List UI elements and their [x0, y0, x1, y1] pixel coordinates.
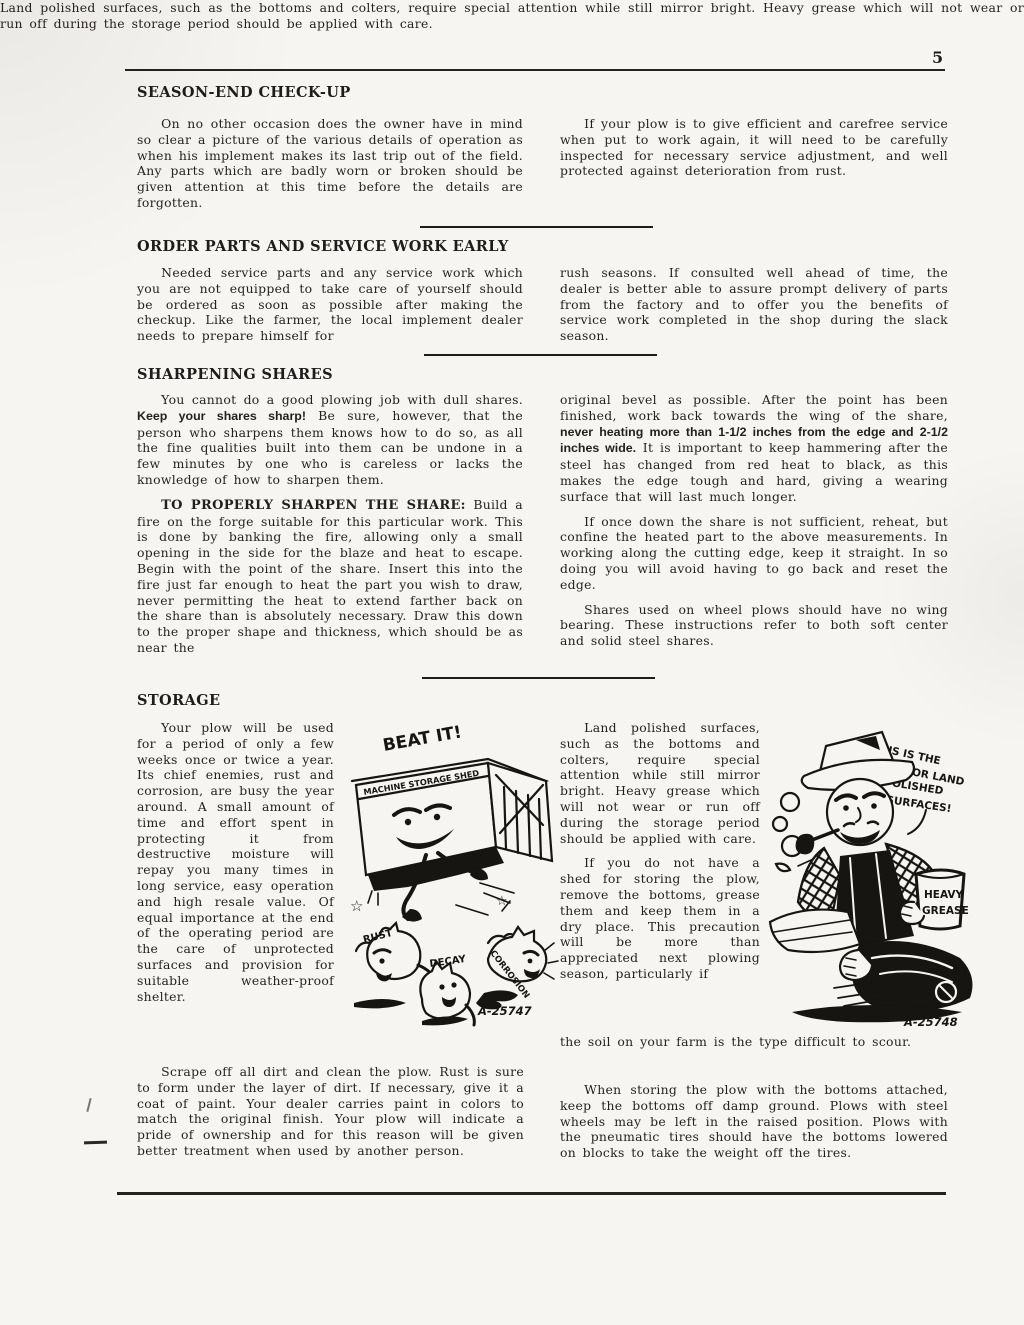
shout-text: BEAT IT!	[381, 722, 463, 756]
run-in-heading-to-properly-sharpen: TO PROPERLY SHARPEN THE SHARE:	[161, 498, 466, 513]
sharpening-left-paragraph-2: TO PROPERLY SHARPEN THE SHARE: Build a f…	[137, 497, 523, 656]
season-end-right-column: If your plow is to give efficient and ca…	[560, 116, 948, 179]
section-heading-sharpening: SHARPENING SHARES	[137, 366, 333, 383]
emphasis-keep-shares-sharp: Keep your shares sharp!	[137, 409, 306, 423]
section-divider	[424, 354, 657, 356]
footer-rule	[117, 1192, 946, 1195]
illustration-shed-kicking-pests: BEAT IT! MACHINE STORAGE SHED	[338, 715, 562, 1027]
manual-page: 5 SEASON-END CHECK-UP On no other occasi…	[0, 0, 1024, 1325]
section-divider	[420, 226, 653, 228]
storage-bottom-left-paragraph: Scrape off all dirt and clean the plow. …	[137, 1064, 524, 1159]
storage-right-paragraph-2: If you do not have a shed for storing th…	[560, 855, 760, 981]
stray-mark-scratch	[86, 1098, 91, 1112]
illustration-farmer-greasing-plow: THIS IS THE STUFF FOR LAND POLISHED SURF…	[764, 706, 980, 1032]
storage-right-paragraph-1: Land polished surfaces, such as the bott…	[0, 0, 1024, 32]
sharpening-right-paragraph-3: Shares used on wheel plows should have n…	[560, 602, 948, 649]
storage-right-overflow-line: the soil on your farm is the type diffic…	[560, 1034, 950, 1050]
order-parts-right-column: rush seasons. If consulted well ahead of…	[560, 265, 948, 344]
body-text: You cannot do a good plowing job with du…	[161, 392, 523, 407]
grease-can-label-line-1: HEAVY	[924, 889, 964, 901]
order-parts-left-column: Needed service parts and any service wor…	[137, 265, 523, 344]
sharpening-right-paragraph-2: If once down the share is not sufficient…	[560, 514, 948, 593]
storage-left-narrow-column: Your plow will be used for a period of o…	[137, 720, 334, 1004]
storage-right-narrow-column-block: Land polished surfaces, such as the bott…	[560, 720, 760, 982]
section-heading-storage: STORAGE	[137, 692, 220, 709]
star-glyph: ☆	[350, 897, 363, 915]
storage-right-paragraph-1: Land polished surfaces, such as the bott…	[560, 720, 760, 846]
header-rule	[125, 69, 945, 71]
storage-bottom-right-paragraph: When storing the plow with the bottoms a…	[560, 1082, 948, 1161]
sharpening-right-column: original bevel as possible. After the po…	[560, 392, 948, 649]
illustration-caption: A-25747	[477, 1004, 532, 1018]
body-text: Build a fire on the forge suitable for t…	[137, 497, 523, 655]
sharpening-right-paragraph-1: original bevel as possible. After the po…	[560, 392, 948, 505]
body-text: original bevel as possible. After the po…	[560, 392, 948, 423]
season-end-left-column: On no other occasion does the owner have…	[137, 116, 523, 211]
section-divider	[422, 677, 655, 679]
page-number: 5	[932, 48, 943, 67]
sharpening-left-column: You cannot do a good plowing job with du…	[137, 392, 523, 656]
illustration-caption: A-25748	[903, 1015, 958, 1029]
stray-mark-dash	[84, 1141, 107, 1145]
section-heading-season-end: SEASON-END CHECK-UP	[137, 84, 351, 101]
grease-can-label-line-2: GREASE	[922, 905, 969, 917]
section-heading-order-parts: ORDER PARTS AND SERVICE WORK EARLY	[137, 238, 509, 255]
sharpening-left-paragraph-1: You cannot do a good plowing job with du…	[137, 392, 523, 488]
